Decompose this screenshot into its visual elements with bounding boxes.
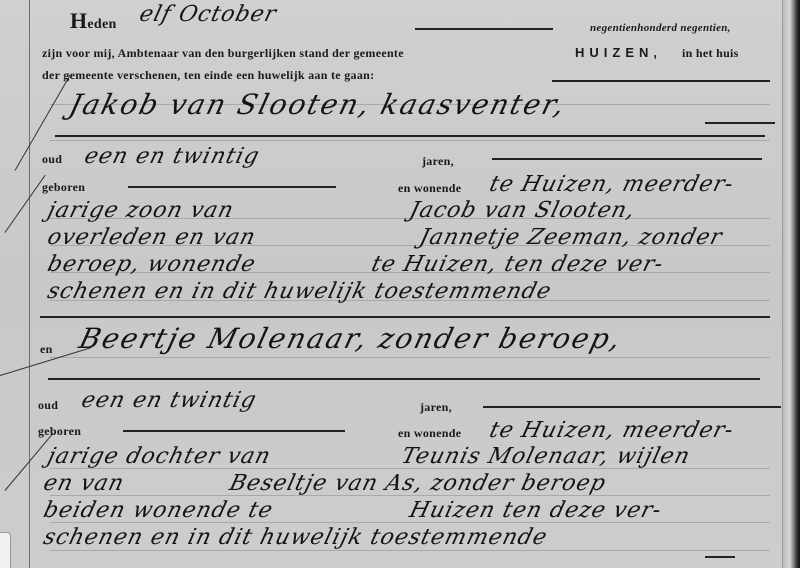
bride-line-3a: beiden wonende te [41,498,276,523]
municipality-name: HUIZEN, [575,45,662,60]
bride-line-1: jarige dochter van [45,444,274,469]
fill-line [705,556,735,558]
fill-line [128,186,336,188]
bride-mother: Beseltje van As, zonder beroep [227,471,609,496]
ruled-line [50,357,770,358]
fill-line [483,406,781,408]
document-page: Heden elf October negentienhonderd negen… [0,0,800,568]
bride-en-label: en [40,342,53,357]
ruled-line [50,550,770,551]
header-line-3: der gemeente verschenen, ten einde een h… [42,68,374,83]
ruled-line [50,140,770,141]
fill-line [415,28,553,30]
groom-line-4: schenen en in dit huwelijk toestemmende [45,279,554,304]
groom-oud-label: oud [42,152,62,167]
bride-jaren-label: jaren, [420,400,452,415]
fill-line [55,135,765,137]
fill-line [48,378,760,380]
bride-age: een en twintig [79,388,259,413]
groom-geboren-label: geboren [42,180,85,195]
page-edge-shadow [783,0,800,568]
groom-residence: te Huizen, meerder- [487,172,737,197]
bride-line-3b: Huizen ten deze ver- [407,498,665,523]
bride-father: Teunis Molenaar, wijlen [399,444,693,469]
groom-line-3b: te Huizen, ten deze ver- [369,252,666,277]
fill-line [123,430,345,432]
groom-name-occupation: Jakob van Slooten, kaasventer, [66,88,570,121]
bride-residence: te Huizen, meerder- [487,418,737,443]
groom-father: Jacob van Slooten, [407,198,638,223]
groom-line-2: overleden en van [45,225,259,250]
groom-age: een en twintig [82,144,262,169]
groom-jaren-label: jaren, [422,154,454,169]
fill-line [552,80,770,82]
handwritten-date: elf October [137,2,279,27]
left-margin-rule [29,0,30,568]
bride-line-4: schenen en in dit huwelijk toestemmende [41,525,550,550]
groom-line-1: jarige zoon van [45,198,237,223]
fill-line [705,122,775,124]
flourish [5,175,46,233]
bride-line-2: en van [41,471,127,496]
groom-wonende-label: en wonende [398,181,461,196]
bride-name-occupation: Beertje Molenaar, zonder beroep, [76,322,626,355]
corner-tab [0,532,11,568]
groom-mother: Jannetje Zeeman, zonder [417,225,725,250]
year-text: negentienhonderd negentien, [590,22,731,34]
bride-geboren-label: geboren [38,424,81,439]
header-line-2: zijn voor mij, Ambtenaar van den burgerl… [42,46,422,61]
groom-line-3a: beroep, wonende [45,252,259,277]
bride-oud-label: oud [38,398,58,413]
fill-line [492,158,762,160]
heden-label: Heden [70,8,117,34]
header-line-2-tail: in het huis [682,46,739,61]
fill-line [40,316,770,318]
bride-wonende-label: en wonende [398,426,461,441]
